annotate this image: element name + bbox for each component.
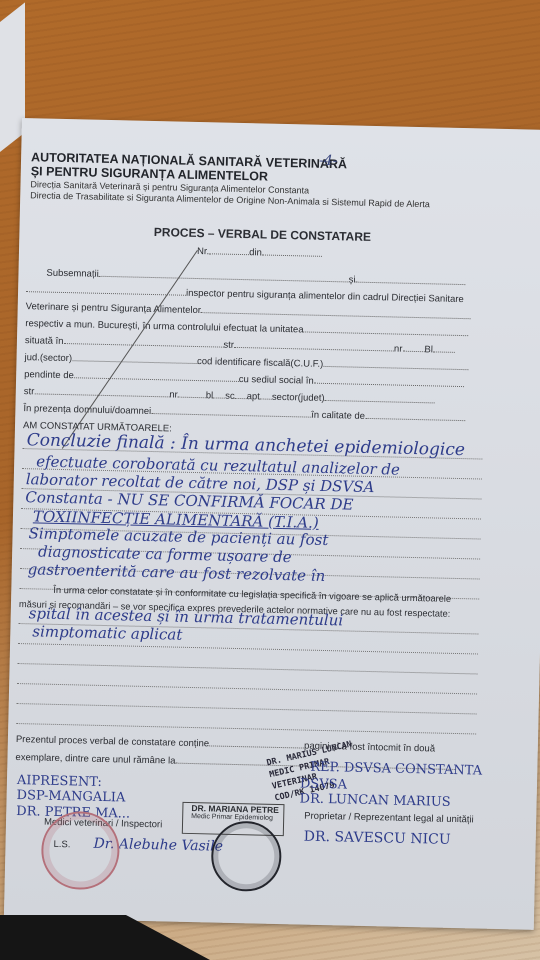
jud-field (72, 359, 197, 364)
cod-fiscal-label: cod identificare fiscală(C.U.F.) (197, 356, 323, 370)
sector-judet-field (325, 399, 435, 403)
nr-addr-label: nr (394, 344, 403, 355)
veterinare-text: Veterinare și pentru Siguranța Alimentel… (26, 301, 202, 316)
situata-field (63, 342, 223, 348)
document-title: PROCES – VERBAL DE CONSTATARE (27, 222, 497, 247)
round-stamp-black (211, 820, 283, 892)
sig-right-1: DSVSA (300, 776, 347, 792)
unitate-field (304, 330, 469, 336)
bl-label: Bl (424, 344, 433, 355)
nr-field (209, 252, 249, 255)
cod-fiscal-field (323, 365, 468, 370)
veterinare-field (201, 311, 471, 319)
date-field (262, 253, 322, 256)
str2-field (34, 392, 169, 397)
document-page: AUTORITATEA NAȚIONALĂ SANITARĂ VETERINAR… (4, 118, 540, 930)
inspector1-field (99, 275, 349, 283)
copies-text: exemplare, dintre care unul rămâne la (15, 752, 175, 767)
str-field (234, 346, 394, 352)
contains-text: Prezentul proces verbal de constatare co… (16, 734, 209, 749)
sediu-label: cu sediul social în (239, 374, 314, 387)
bl2-field (213, 396, 225, 398)
calitate-field (365, 417, 465, 421)
jud-label: jud.(sector) (24, 352, 72, 364)
sc-label: sc (225, 391, 235, 402)
pendinte-label: pendinte de (24, 369, 74, 381)
nr2-label: nr (169, 389, 178, 400)
nr2-field (178, 396, 206, 399)
sc-field (235, 397, 247, 399)
round-stamp-red (41, 811, 121, 891)
page-number-mark: -4- (319, 153, 338, 169)
pendinte-field (74, 376, 239, 382)
bl-field (433, 350, 455, 352)
subsemnatii-label: Subsemnații (46, 268, 99, 280)
respectiv-text: respectiv a mun. București, în urma cont… (25, 318, 303, 335)
apt-label: apt (247, 391, 260, 402)
din-label: din (249, 247, 262, 258)
nr-label: Nr. (197, 246, 209, 257)
sig-left-1: DSP-MANGALIA (16, 788, 125, 805)
str-label: str (223, 340, 234, 351)
bl2-label: bl (206, 390, 214, 401)
prezenta-field (151, 412, 311, 418)
pages-field (209, 744, 304, 748)
str2-label: str (24, 386, 35, 397)
measures-hw-1: simptomatic aplicat (32, 622, 182, 643)
number-date-line: Nr.din (197, 246, 540, 267)
inspector-name-field (26, 290, 186, 296)
sediu-field (314, 382, 464, 387)
nr-addr-field (402, 350, 424, 352)
inspector2-field (356, 281, 466, 285)
calitate-label: în calitate de (311, 410, 365, 422)
situata-label: situată în (25, 335, 64, 347)
sig-right-3: DR. SAVESCU NICU (304, 829, 451, 848)
contains-line: Prezentul proces verbal de constatare co… (16, 734, 476, 755)
sector-judet-label: sector(judet) (272, 392, 325, 404)
apt-field (260, 397, 272, 399)
inspector-text: inspector pentru siguranța alimentelor d… (186, 288, 464, 305)
